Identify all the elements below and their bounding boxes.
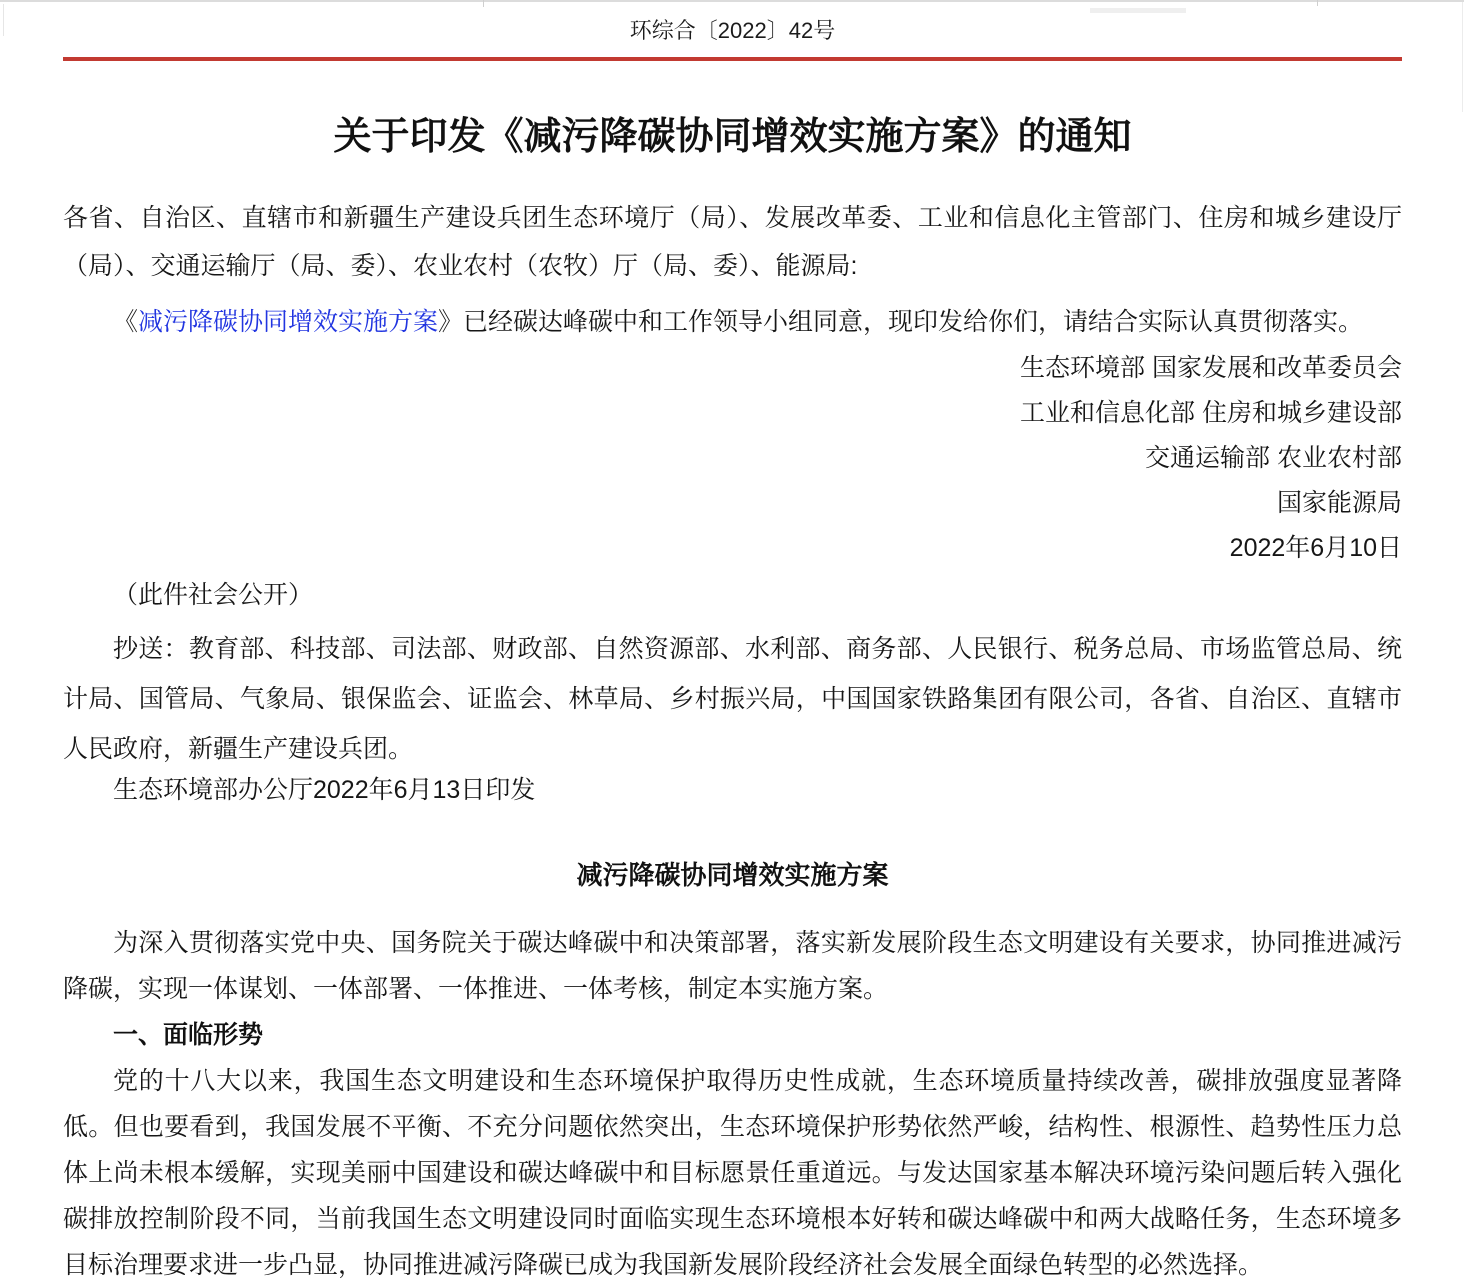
signature-block: 生态环境部 国家发展和改革委员会 工业和信息化部 住房和城乡建设部 交通运输部 … — [63, 346, 1402, 571]
intro-after-link: 》已经碳达峰碳中和工作领导小组同意，现印发给你们，请结合实际认真贯彻落实。 — [438, 308, 1363, 336]
signature-line: 生态环境部 国家发展和改革委员会 — [63, 346, 1402, 391]
section-1-heading: 一、面临形势 — [63, 1012, 1402, 1058]
document-number: 环综合〔2022〕42号 — [63, 0, 1402, 45]
recipients-paragraph: 各省、自治区、直辖市和新疆生产建设兵团生态环境厅（局）、发展改革委、工业和信息化… — [63, 194, 1402, 290]
signature-line: 交通运输部 农业农村部 — [63, 436, 1402, 481]
cc-paragraph: 抄送：教育部、科技部、司法部、财政部、自然资源部、水利部、商务部、人民银行、税务… — [63, 624, 1402, 774]
book-quote-open: 《 — [113, 308, 138, 336]
plan-title: 减污降碳协同增效实施方案 — [63, 852, 1402, 898]
notice-page: 环综合〔2022〕42号 关于印发《减污降碳协同增效实施方案》的通知 各省、自治… — [0, 0, 1464, 1280]
right-edge-line — [1462, 2, 1463, 112]
public-disclosure-note: （此件社会公开） — [63, 571, 1402, 619]
signature-line: 工业和信息化部 住房和城乡建设部 — [63, 391, 1402, 436]
plan-document-link[interactable]: 减污降碳协同增效实施方案 — [138, 308, 438, 336]
section-1-paragraph: 党的十八大以来，我国生态文明建设和生态环境保护取得历史性成就，生态环境质量持续改… — [63, 1058, 1402, 1280]
notice-body: 各省、自治区、直辖市和新疆生产建设兵团生态环境厅（局）、发展改革委、工业和信息化… — [63, 194, 1402, 1280]
plan-intro-paragraph: 为深入贯彻落实党中央、国务院关于碳达峰碳中和决策部署，落实新发展阶段生态文明建设… — [63, 920, 1402, 1012]
red-divider-rule — [63, 57, 1402, 61]
left-edge-line — [3, 4, 4, 36]
signature-date: 2022年6月10日 — [63, 526, 1402, 571]
document-content: 环综合〔2022〕42号 关于印发《减污降碳协同增效实施方案》的通知 各省、自治… — [63, 0, 1402, 1280]
notice-title: 关于印发《减污降碳协同增效实施方案》的通知 — [63, 115, 1402, 159]
signature-line: 国家能源局 — [63, 481, 1402, 526]
intro-paragraph: 《减污降碳协同增效实施方案》已经碳达峰碳中和工作领导小组同意，现印发给你们，请结… — [63, 298, 1402, 346]
print-issue-note: 生态环境部办公厅2022年6月13日印发 — [63, 766, 1402, 814]
